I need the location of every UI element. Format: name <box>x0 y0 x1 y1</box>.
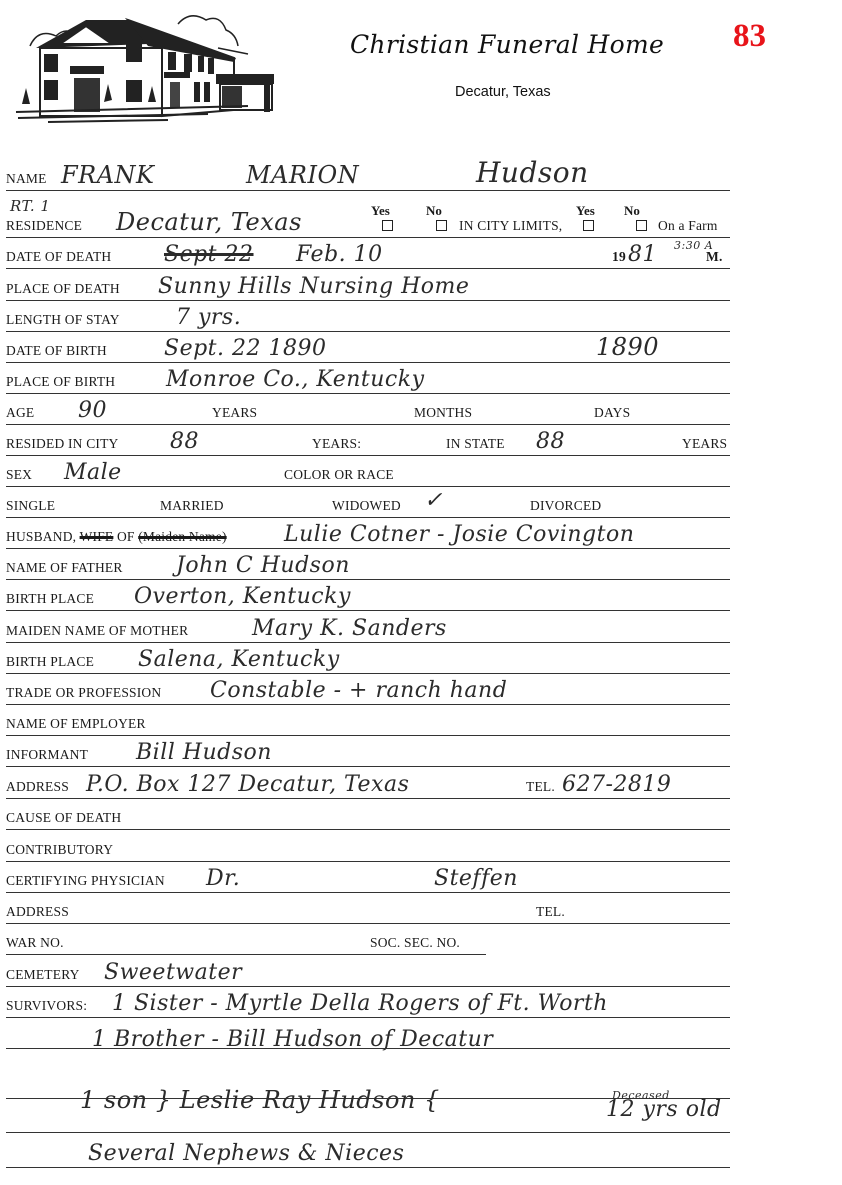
age-days-label: DAYS <box>594 405 630 421</box>
physician-tel-label: TEL. <box>536 904 565 920</box>
survivors-label: SURVIVORS: <box>6 998 87 1014</box>
date-of-death-crossed-out: Sept 22 <box>164 242 254 267</box>
son-note-age[interactable]: 12 yrs old <box>606 1097 722 1122</box>
survivors-row-4: 12 yrs old <box>6 1101 730 1133</box>
husband-label: HUSBAND, <box>6 529 76 544</box>
father-label: NAME OF FATHER <box>6 560 123 576</box>
date-of-birth-value[interactable]: Sept. 22 1890 <box>164 336 326 361</box>
funeral-home-location: Decatur, Texas <box>455 84 551 100</box>
residence-row: RT. 1 RESIDENCE Decatur, Texas Yes No Ye… <box>6 206 730 238</box>
survivors-row-1: SURVIVORS: 1 Sister - Myrtle Della Roger… <box>6 986 730 1018</box>
age-row: AGE 90 YEARS MONTHS DAYS <box>6 393 730 425</box>
father-birthplace-value[interactable]: Overton, Kentucky <box>134 584 351 609</box>
married-option[interactable]: MARRIED <box>160 498 224 514</box>
single-option[interactable]: SINGLE <box>6 498 55 514</box>
mother-birthplace-label: BIRTH PLACE <box>6 654 94 670</box>
in-city-limits-label: In City Limits, <box>459 218 562 234</box>
farm-no-label: No <box>624 203 640 219</box>
date-of-birth-row: DATE OF BIRTH Sept. 22 1890 1890 <box>6 331 730 363</box>
name-last[interactable]: Hudson <box>476 156 589 189</box>
cause-of-death-row: CAUSE OF DEATH <box>6 798 730 830</box>
sex-row: SEX Male COLOR OR RACE <box>6 455 730 487</box>
father-birthplace-label: BIRTH PLACE <box>6 591 94 607</box>
residence-value[interactable]: Decatur, Texas <box>116 208 302 236</box>
city-limits-yes-label: Yes <box>371 203 390 219</box>
place-of-death-value[interactable]: Sunny Hills Nursing Home <box>158 274 469 299</box>
physician-value[interactable]: Steffen <box>434 866 518 891</box>
informant-address-row: ADDRESS P.O. Box 127 Decatur, Texas TEL.… <box>6 767 730 799</box>
spouse-value[interactable]: Lulie Cotner - Josie Covington <box>284 522 634 547</box>
resided-state-years[interactable]: 88 <box>536 429 565 454</box>
name-row: NAME FRANK MARION Hudson <box>6 159 730 191</box>
cemetery-value[interactable]: Sweetwater <box>104 960 242 985</box>
name-label: NAME <box>6 171 47 187</box>
length-of-stay-row: LENGTH OF STAY 7 yrs. <box>6 300 730 332</box>
funeral-home-name: Christian Funeral Home <box>350 30 664 59</box>
survivor-line[interactable]: 1 Sister - Myrtle Della Rogers of Ft. Wo… <box>112 991 608 1016</box>
informant-address-value[interactable]: P.O. Box 127 Decatur, Texas <box>86 772 409 797</box>
place-of-birth-row: PLACE OF BIRTH Monroe Co., Kentucky <box>6 362 730 394</box>
residence-label: RESIDENCE <box>6 218 82 234</box>
employer-row: NAME OF EMPLOYER <box>6 704 730 736</box>
informant-tel-value[interactable]: 627-2819 <box>562 772 671 797</box>
date-of-death-row: DATE OF DEATH Sept 22 Feb. 10 19 81 3:30… <box>6 237 730 269</box>
name-middle[interactable]: MARION <box>246 161 359 189</box>
length-of-stay-value[interactable]: 7 yrs. <box>176 305 241 330</box>
farm-no-checkbox[interactable] <box>636 218 647 234</box>
survivors-row-5: Several Nephews & Nieces <box>6 1136 730 1168</box>
place-of-death-row: PLACE OF DEATH Sunny Hills Nursing Home <box>6 269 730 301</box>
survivors-row-2: 1 Brother - Bill Hudson of Decatur <box>6 1017 730 1049</box>
physician-row: CERTIFYING PHYSICIAN Dr. Steffen <box>6 861 730 893</box>
marital-status-row: SINGLE MARRIED WIDOWED ✓ DIVORCED <box>6 486 730 518</box>
meridiem-label: M. <box>706 249 723 265</box>
physician-address-row: ADDRESS TEL. <box>6 892 730 924</box>
residence-route[interactable]: RT. 1 <box>10 197 50 215</box>
on-a-farm-label: On a Farm <box>658 218 718 234</box>
sex-value[interactable]: Male <box>64 460 122 485</box>
resided-city-years[interactable]: 88 <box>170 429 199 454</box>
cemetery-label: CEMETERY <box>6 967 80 983</box>
date-of-death-value[interactable]: Feb. 10 <box>296 242 383 267</box>
mother-row: MAIDEN NAME OF MOTHER Mary K. Sanders <box>6 611 730 643</box>
date-of-birth-label: DATE OF BIRTH <box>6 343 107 359</box>
farm-yes-checkbox[interactable] <box>583 218 594 234</box>
place-of-death-label: PLACE OF DEATH <box>6 281 120 297</box>
informant-value[interactable]: Bill Hudson <box>136 740 272 765</box>
state-years-label: YEARS <box>682 436 727 452</box>
father-birthplace-row: BIRTH PLACE Overton, Kentucky <box>6 579 730 611</box>
date-of-death-label: DATE OF DEATH <box>6 249 111 265</box>
maiden-name-label-struck: (Maiden Name) <box>138 529 226 544</box>
cemetery-row: CEMETERY Sweetwater <box>6 955 730 987</box>
place-of-birth-value[interactable]: Monroe Co., Kentucky <box>166 367 425 392</box>
age-label: AGE <box>6 405 34 421</box>
employer-label: NAME OF EMPLOYER <box>6 716 146 732</box>
spouse-label: HUSBAND, WIFE OF (Maiden Name) <box>6 529 227 545</box>
city-limits-no-label: No <box>426 203 442 219</box>
survivor-line[interactable]: Several Nephews & Nieces <box>88 1141 404 1166</box>
length-of-stay-label: LENGTH OF STAY <box>6 312 120 328</box>
mother-birthplace-value[interactable]: Salena, Kentucky <box>138 647 340 672</box>
cause-of-death-label: CAUSE OF DEATH <box>6 810 121 826</box>
divorced-option[interactable]: DIVORCED <box>530 498 601 514</box>
survivors-row-3: 1 son } Leslie Ray Hudson { Deceased <box>6 1067 730 1099</box>
farm-yes-label: Yes <box>576 203 595 219</box>
physician-label: CERTIFYING PHYSICIAN <box>6 873 165 889</box>
death-year-suffix[interactable]: 81 <box>628 242 657 267</box>
widowed-option[interactable]: WIDOWED <box>332 498 401 514</box>
of-label: OF <box>117 529 135 544</box>
color-or-race-label: COLOR OR RACE <box>284 467 394 483</box>
widowed-check-mark: ✓ <box>424 488 443 513</box>
physician-address-label: ADDRESS <box>6 904 69 920</box>
informant-row: INFORMANT Bill Hudson <box>6 735 730 767</box>
contributory-label: CONTRIBUTORY <box>6 842 113 858</box>
age-months-label: MONTHS <box>414 405 472 421</box>
physician-prefix[interactable]: Dr. <box>206 866 240 891</box>
death-year-prefix: 19 <box>612 249 626 265</box>
sex-label: SEX <box>6 467 32 483</box>
in-state-label: IN STATE <box>446 436 505 452</box>
war-number-label: WAR NO. <box>6 935 64 951</box>
contributory-row: CONTRIBUTORY <box>6 830 730 862</box>
spouse-row: HUSBAND, WIFE OF (Maiden Name) Lulie Cot… <box>6 517 730 549</box>
soc-sec-label: SOC. SEC. NO. <box>370 935 460 951</box>
resided-in-city-label: RESIDED IN CITY <box>6 436 119 452</box>
resided-years-label: YEARS: <box>312 436 361 452</box>
mother-label: MAIDEN NAME OF MOTHER <box>6 623 188 639</box>
city-limits-yes-checkbox[interactable] <box>382 218 393 234</box>
page-number: 83 <box>733 18 766 55</box>
birth-year-extra[interactable]: 1890 <box>596 333 659 361</box>
age-years-value[interactable]: 90 <box>78 398 107 423</box>
trade-value[interactable]: Constable - + ranch hand <box>210 678 507 703</box>
informant-label: INFORMANT <box>6 747 88 763</box>
informant-address-label: ADDRESS <box>6 779 69 795</box>
trade-label: TRADE OR PROFESSION <box>6 685 161 701</box>
informant-tel-label: TEL. <box>526 779 555 795</box>
war-number-row: WAR NO. SOC. SEC. NO. <box>6 923 486 955</box>
funeral-home-building-logo <box>8 6 276 128</box>
father-row: NAME OF FATHER John C Hudson <box>6 548 730 580</box>
mother-birthplace-row: BIRTH PLACE Salena, Kentucky <box>6 642 730 674</box>
father-value[interactable]: John C Hudson <box>176 553 350 578</box>
mother-value[interactable]: Mary K. Sanders <box>252 616 447 641</box>
age-years-label: YEARS <box>212 405 257 421</box>
wife-label-struck: WIFE <box>80 529 114 544</box>
trade-row: TRADE OR PROFESSION Constable - + ranch … <box>6 673 730 705</box>
place-of-birth-label: PLACE OF BIRTH <box>6 374 115 390</box>
survivor-line[interactable]: 1 Brother - Bill Hudson of Decatur <box>92 1027 493 1052</box>
city-limits-no-checkbox[interactable] <box>436 218 447 234</box>
resided-row: RESIDED IN CITY 88 YEARS: IN STATE 88 YE… <box>6 424 730 456</box>
name-first[interactable]: FRANK <box>61 161 154 189</box>
